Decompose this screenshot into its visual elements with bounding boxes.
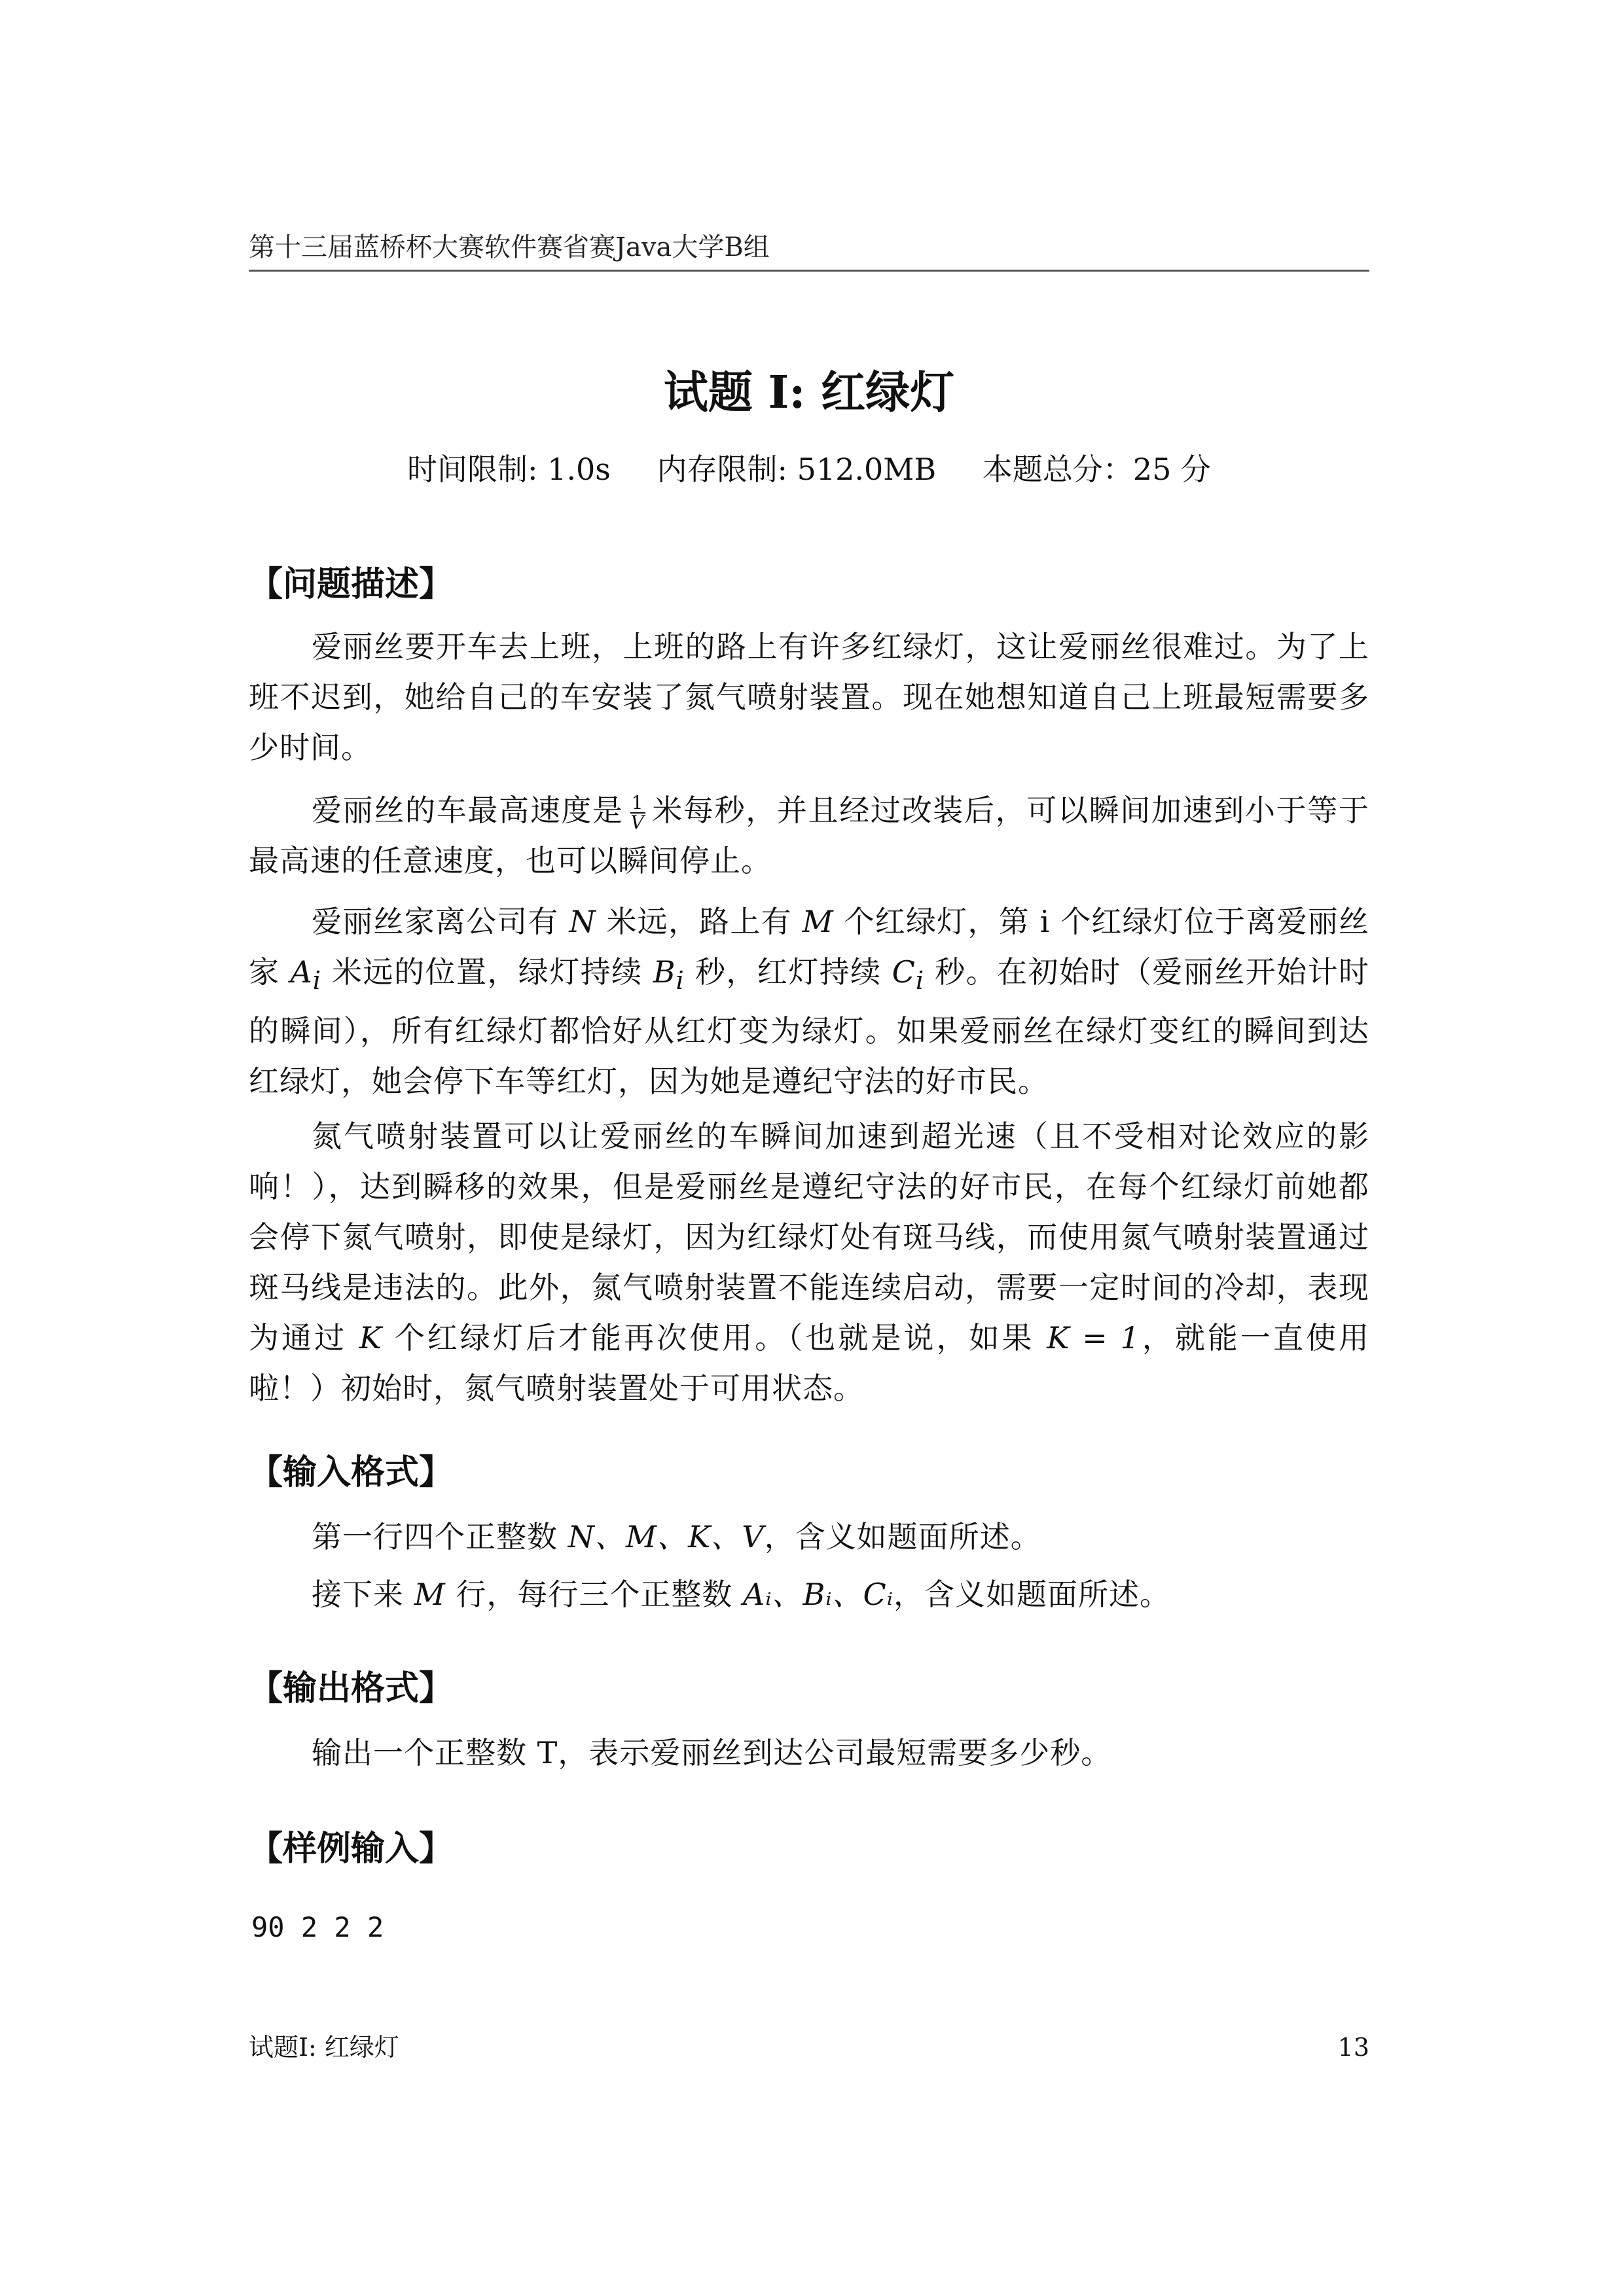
memory-limit: 内存限制: 512.0MB	[657, 452, 937, 487]
running-header: 第十三届蓝桥杯大赛软件赛省赛Java大学B组	[249, 229, 1369, 266]
description-paragraph-1: 爱丽丝要开车去上班，上班的路上有许多红绿灯，这让爱丽丝很难过。为了上班不迟到，她…	[249, 622, 1369, 773]
description-paragraph-2: 爱丽丝的车最高速度是1V米每秒，并且经过改装后，可以瞬间加速到小于等于最高速的任…	[249, 785, 1369, 886]
title-prefix: 试题	[664, 367, 753, 419]
sample-input-line: 90 2 2 2	[251, 1911, 384, 1943]
input-format-line-2: 接下来 M 行，每行三个正整数 Aᵢ、Bᵢ、Cᵢ，含义如题面所述。	[249, 1570, 1369, 1620]
fraction-one-over-v: 1V	[630, 794, 645, 832]
time-limit: 时间限制: 1.0s	[407, 452, 611, 487]
sample-input-block: 90 2 2 2	[251, 1908, 384, 1947]
input-format-line-1: 第一行四个正整数 N、M、K、V，含义如题面所述。	[249, 1512, 1369, 1562]
section-heading-input-format: 【输入格式】	[249, 1450, 1369, 1496]
problem-limits: 时间限制: 1.0s 内存限制: 512.0MB 本题总分：25 分	[249, 450, 1369, 489]
output-format-line-1: 输出一个正整数 T，表示爱丽丝到达公司最短需要多少秒。	[249, 1728, 1369, 1778]
page-number: 13	[1338, 2029, 1369, 2066]
section-heading-output-format: 【输出格式】	[249, 1666, 1369, 1712]
header-divider	[249, 270, 1369, 272]
section-heading-sample-input: 【样例输入】	[249, 1826, 1369, 1872]
description-paragraph-3: 爱丽丝家离公司有 N 米远，路上有 M 个红绿灯，第 i 个红绿灯位于离爱丽丝家…	[249, 897, 1369, 1107]
total-score: 本题总分：25 分	[983, 452, 1211, 487]
section-heading-description: 【问题描述】	[249, 562, 1369, 607]
title-name: 红绿灯	[821, 367, 954, 419]
description-paragraph-4: 氮气喷射装置可以让爱丽丝的车瞬间加速到超光速（且不受相对论效应的影响！），达到瞬…	[249, 1111, 1369, 1414]
footer-problem-label: 试题I: 红绿灯	[249, 2029, 399, 2066]
problem-title: 试题 I: 红绿灯	[249, 363, 1369, 423]
title-letter: I:	[768, 367, 806, 419]
